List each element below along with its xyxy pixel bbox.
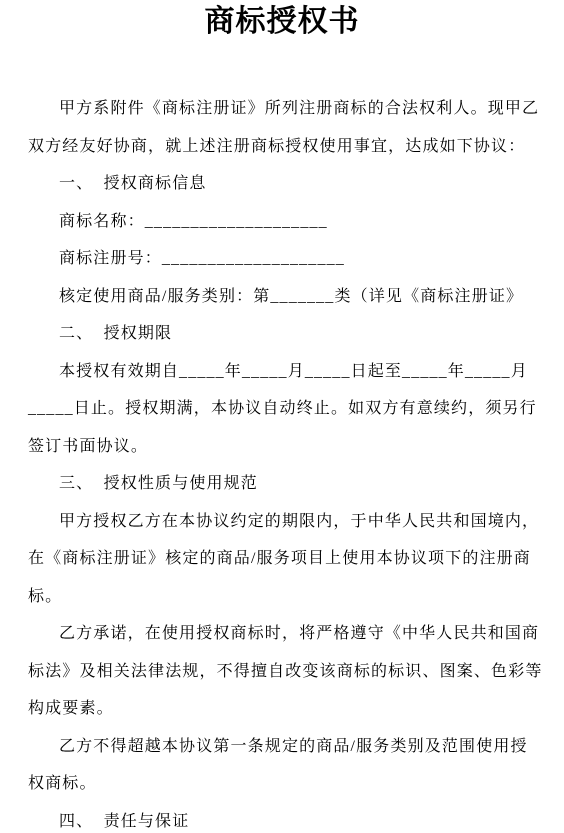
registration-number-blank: ____________________ <box>162 250 345 267</box>
trademark-name-label: 商标名称： <box>59 213 145 230</box>
registration-number-label: 商标注册号： <box>59 250 162 267</box>
goods-class-suffix: 类（详见《商标注册证》 <box>334 288 523 305</box>
document-title: 商标授权书 <box>0 2 564 42</box>
section-4-heading: 四、 责任与保证 <box>28 803 543 833</box>
trademark-name-blank: ____________________ <box>145 213 328 230</box>
intro-paragraph: 甲方系附件《商标注册证》所列注册商标的合法权利人。现甲乙双方经友好协商，就上述注… <box>28 90 543 165</box>
section-1-heading: 一、 授权商标信息 <box>28 165 543 203</box>
restriction-paragraph: 乙方不得超越本协议第一条规定的商品/服务类别及范围使用授权商标。 <box>28 728 543 803</box>
registration-number-field: 商标注册号：____________________ <box>28 240 543 278</box>
trademark-name-field: 商标名称：____________________ <box>28 203 543 241</box>
goods-class-label: 核定使用商品/服务类别：第 <box>59 288 270 305</box>
document-body: 甲方系附件《商标注册证》所列注册商标的合法权利人。现甲乙双方经友好协商，就上述注… <box>28 90 543 833</box>
section-3-heading: 三、 授权性质与使用规范 <box>28 465 543 503</box>
goods-class-blank: _______ <box>270 288 334 305</box>
usage-scope-paragraph: 甲方授权乙方在本协议约定的期限内，于中华人民共和国境内，在《商标注册证》核定的商… <box>28 503 543 616</box>
document-page: 商标授权书 甲方系附件《商标注册证》所列注册商标的合法权利人。现甲乙双方经友好协… <box>0 0 564 833</box>
goods-class-field: 核定使用商品/服务类别：第_______类（详见《商标注册证》 <box>28 278 543 316</box>
compliance-paragraph: 乙方承诺，在使用授权商标时，将严格遵守《中华人民共和国商标法》及相关法律法规，不… <box>28 615 543 728</box>
authorization-period-paragraph: 本授权有效期自_____年_____月_____日起至_____年_____月_… <box>28 353 543 466</box>
section-2-heading: 二、 授权期限 <box>28 315 543 353</box>
